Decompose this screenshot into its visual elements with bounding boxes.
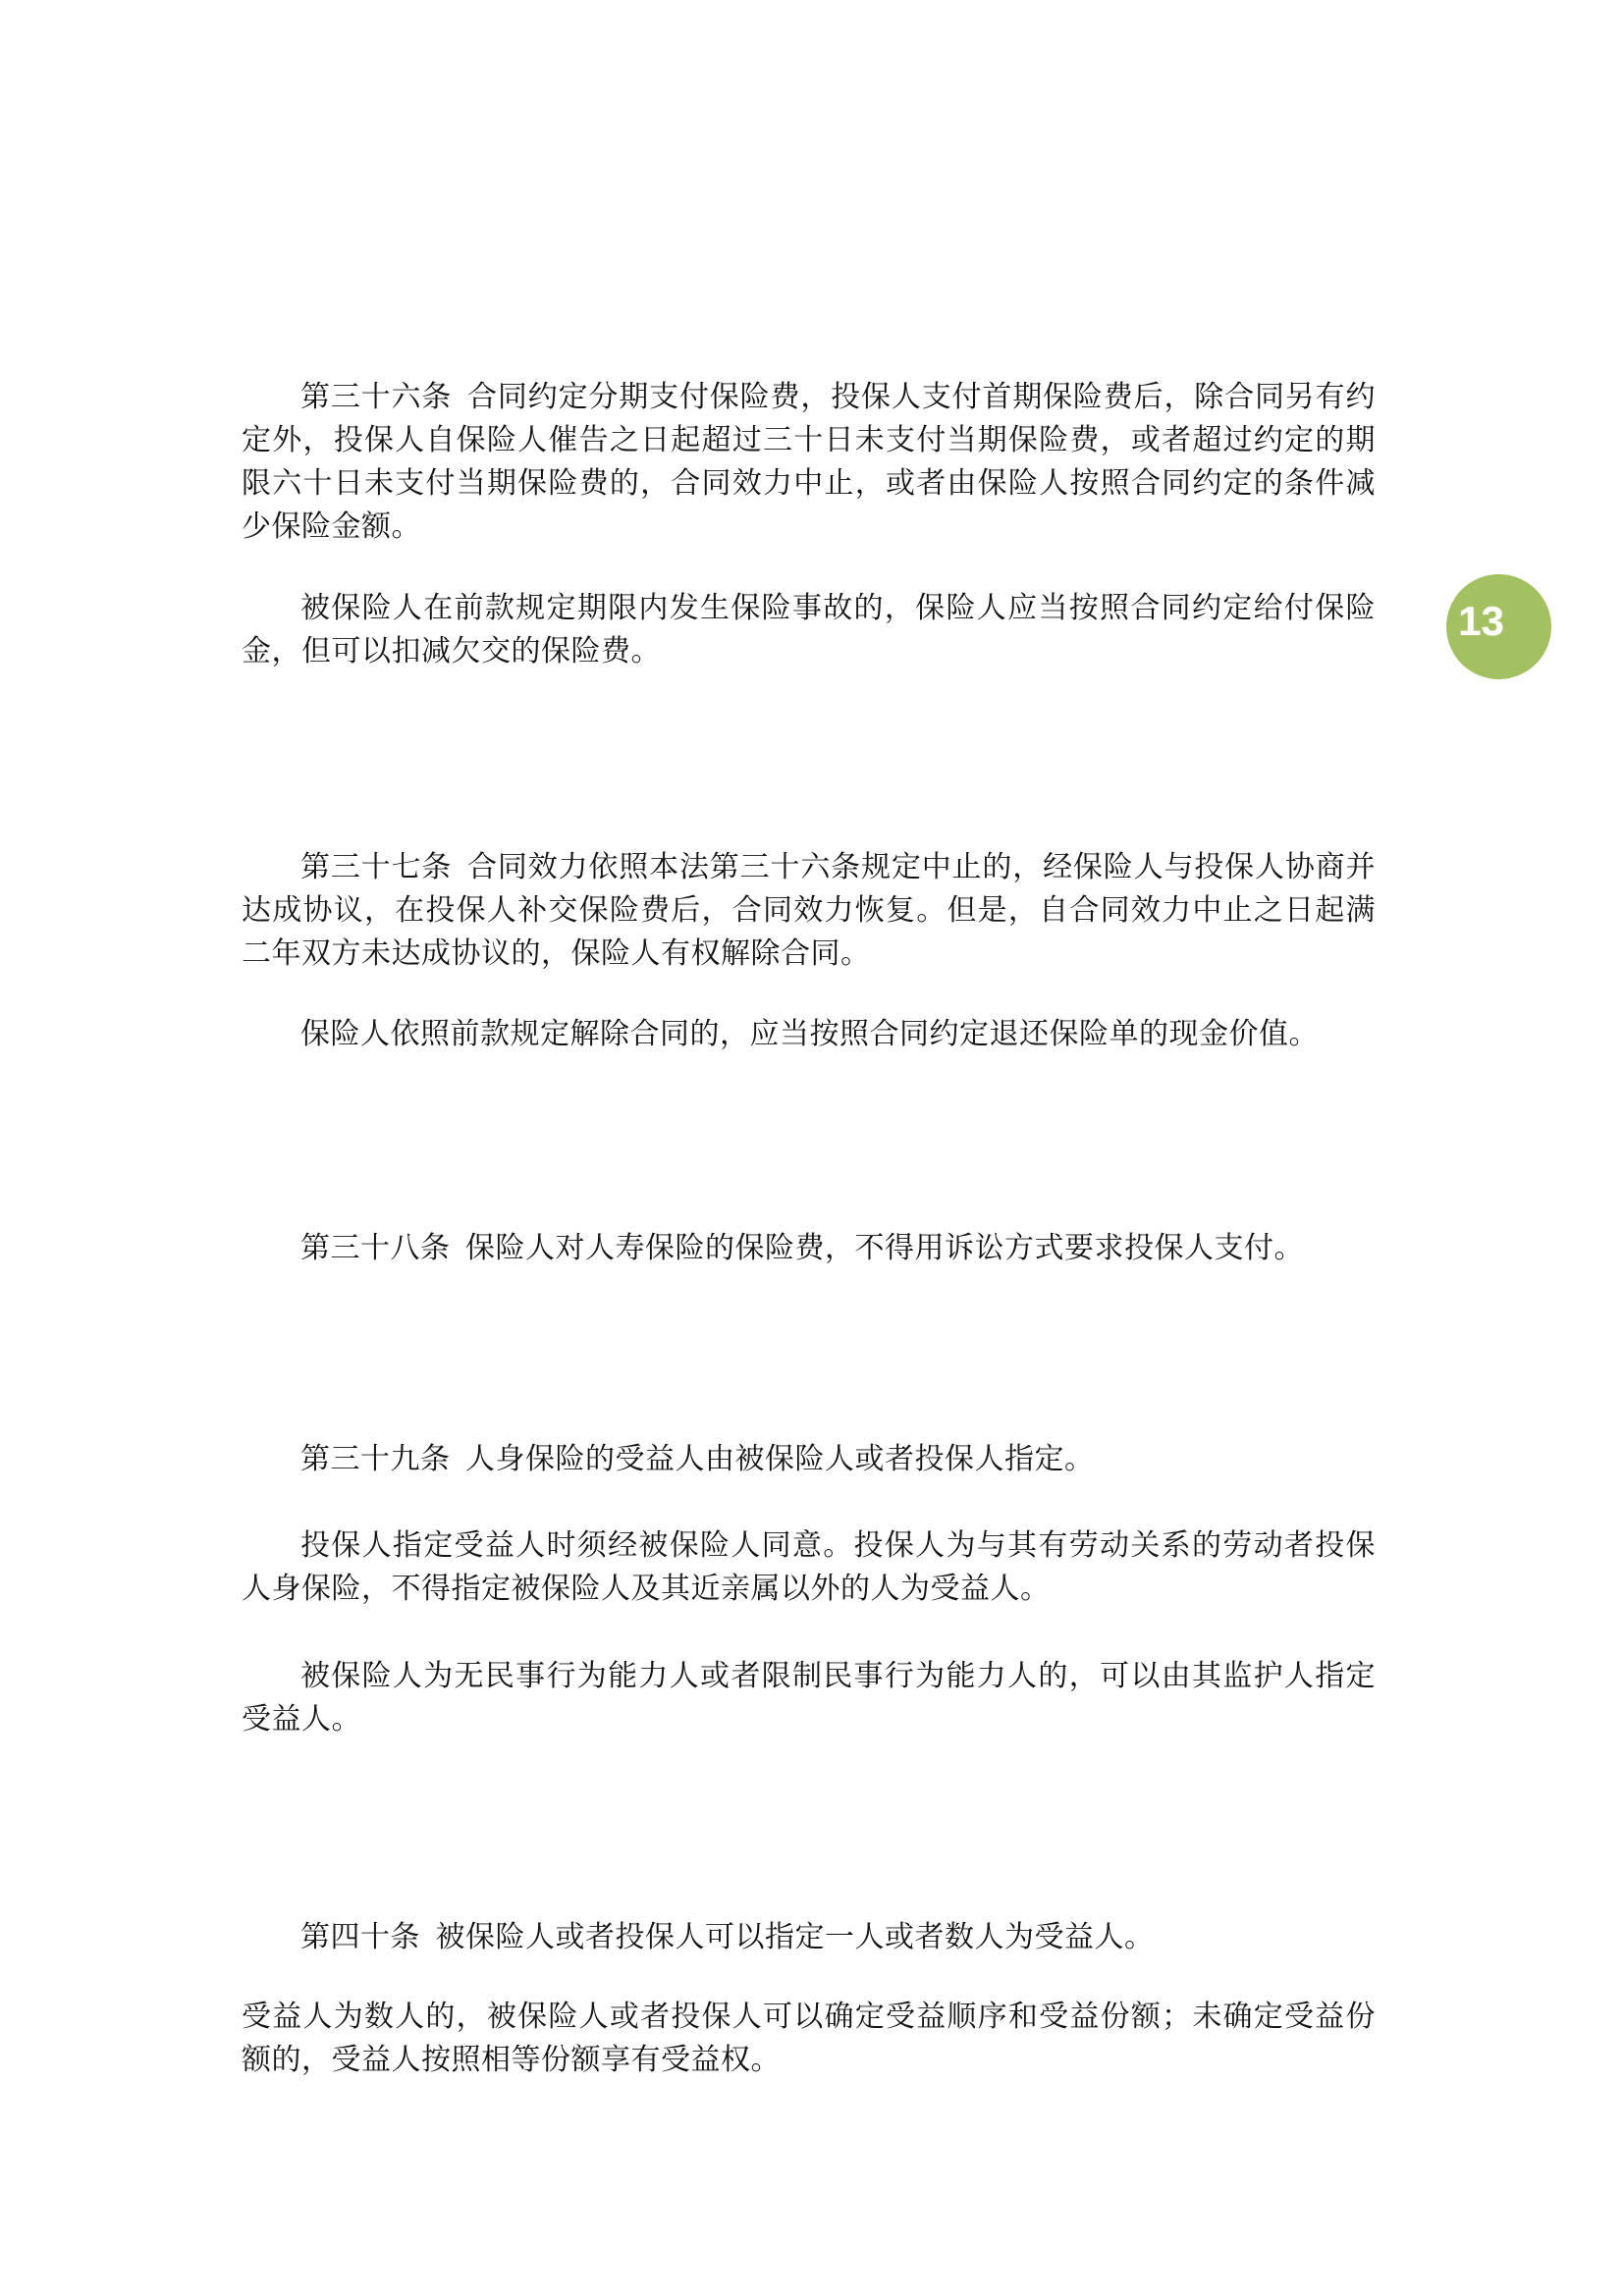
paragraph-article-40-clause-2: 受益人为数人的，被保险人或者投保人可以确定受益顺序和受益份额；未确定受益份额的，…	[242, 1996, 1376, 2082]
document-page: 第三十六条 合同约定分期支付保险费，投保人支付首期保险费后，除合同另有约定外，投…	[0, 0, 1624, 2296]
paragraph-article-36: 第三十六条 合同约定分期支付保险费，投保人支付首期保险费后，除合同另有约定外，投…	[242, 376, 1376, 549]
paragraph-article-39-clause-3: 被保险人为无民事行为能力人或者限制民事行为能力人的，可以由其监护人指定受益人。	[242, 1655, 1376, 1741]
paragraph-article-40: 第四十条 被保险人或者投保人可以指定一人或者数人为受益人。	[242, 1916, 1376, 1959]
paragraph-article-36-clause-2: 被保险人在前款规定期限内发生保险事故的，保险人应当按照合同约定给付保险金，但可以…	[242, 587, 1376, 673]
paragraph-article-37: 第三十七条 合同效力依照本法第三十六条规定中止的，经保险人与投保人协商并达成协议…	[242, 846, 1376, 976]
paragraph-article-39: 第三十九条 人身保险的受益人由被保险人或者投保人指定。	[242, 1438, 1376, 1481]
page-number-badge: 13	[1446, 574, 1551, 679]
paragraph-article-38: 第三十八条 保险人对人寿保险的保险费，不得用诉讼方式要求投保人支付。	[242, 1227, 1376, 1270]
paragraph-article-37-clause-2: 保险人依照前款规定解除合同的，应当按照合同约定退还保险单的现金价值。	[242, 1013, 1376, 1056]
page-number-badge-label: 13	[1458, 598, 1504, 645]
paragraph-article-39-clause-2: 投保人指定受益人时须经被保险人同意。投保人为与其有劳动关系的劳动者投保人身保险，…	[242, 1524, 1376, 1611]
